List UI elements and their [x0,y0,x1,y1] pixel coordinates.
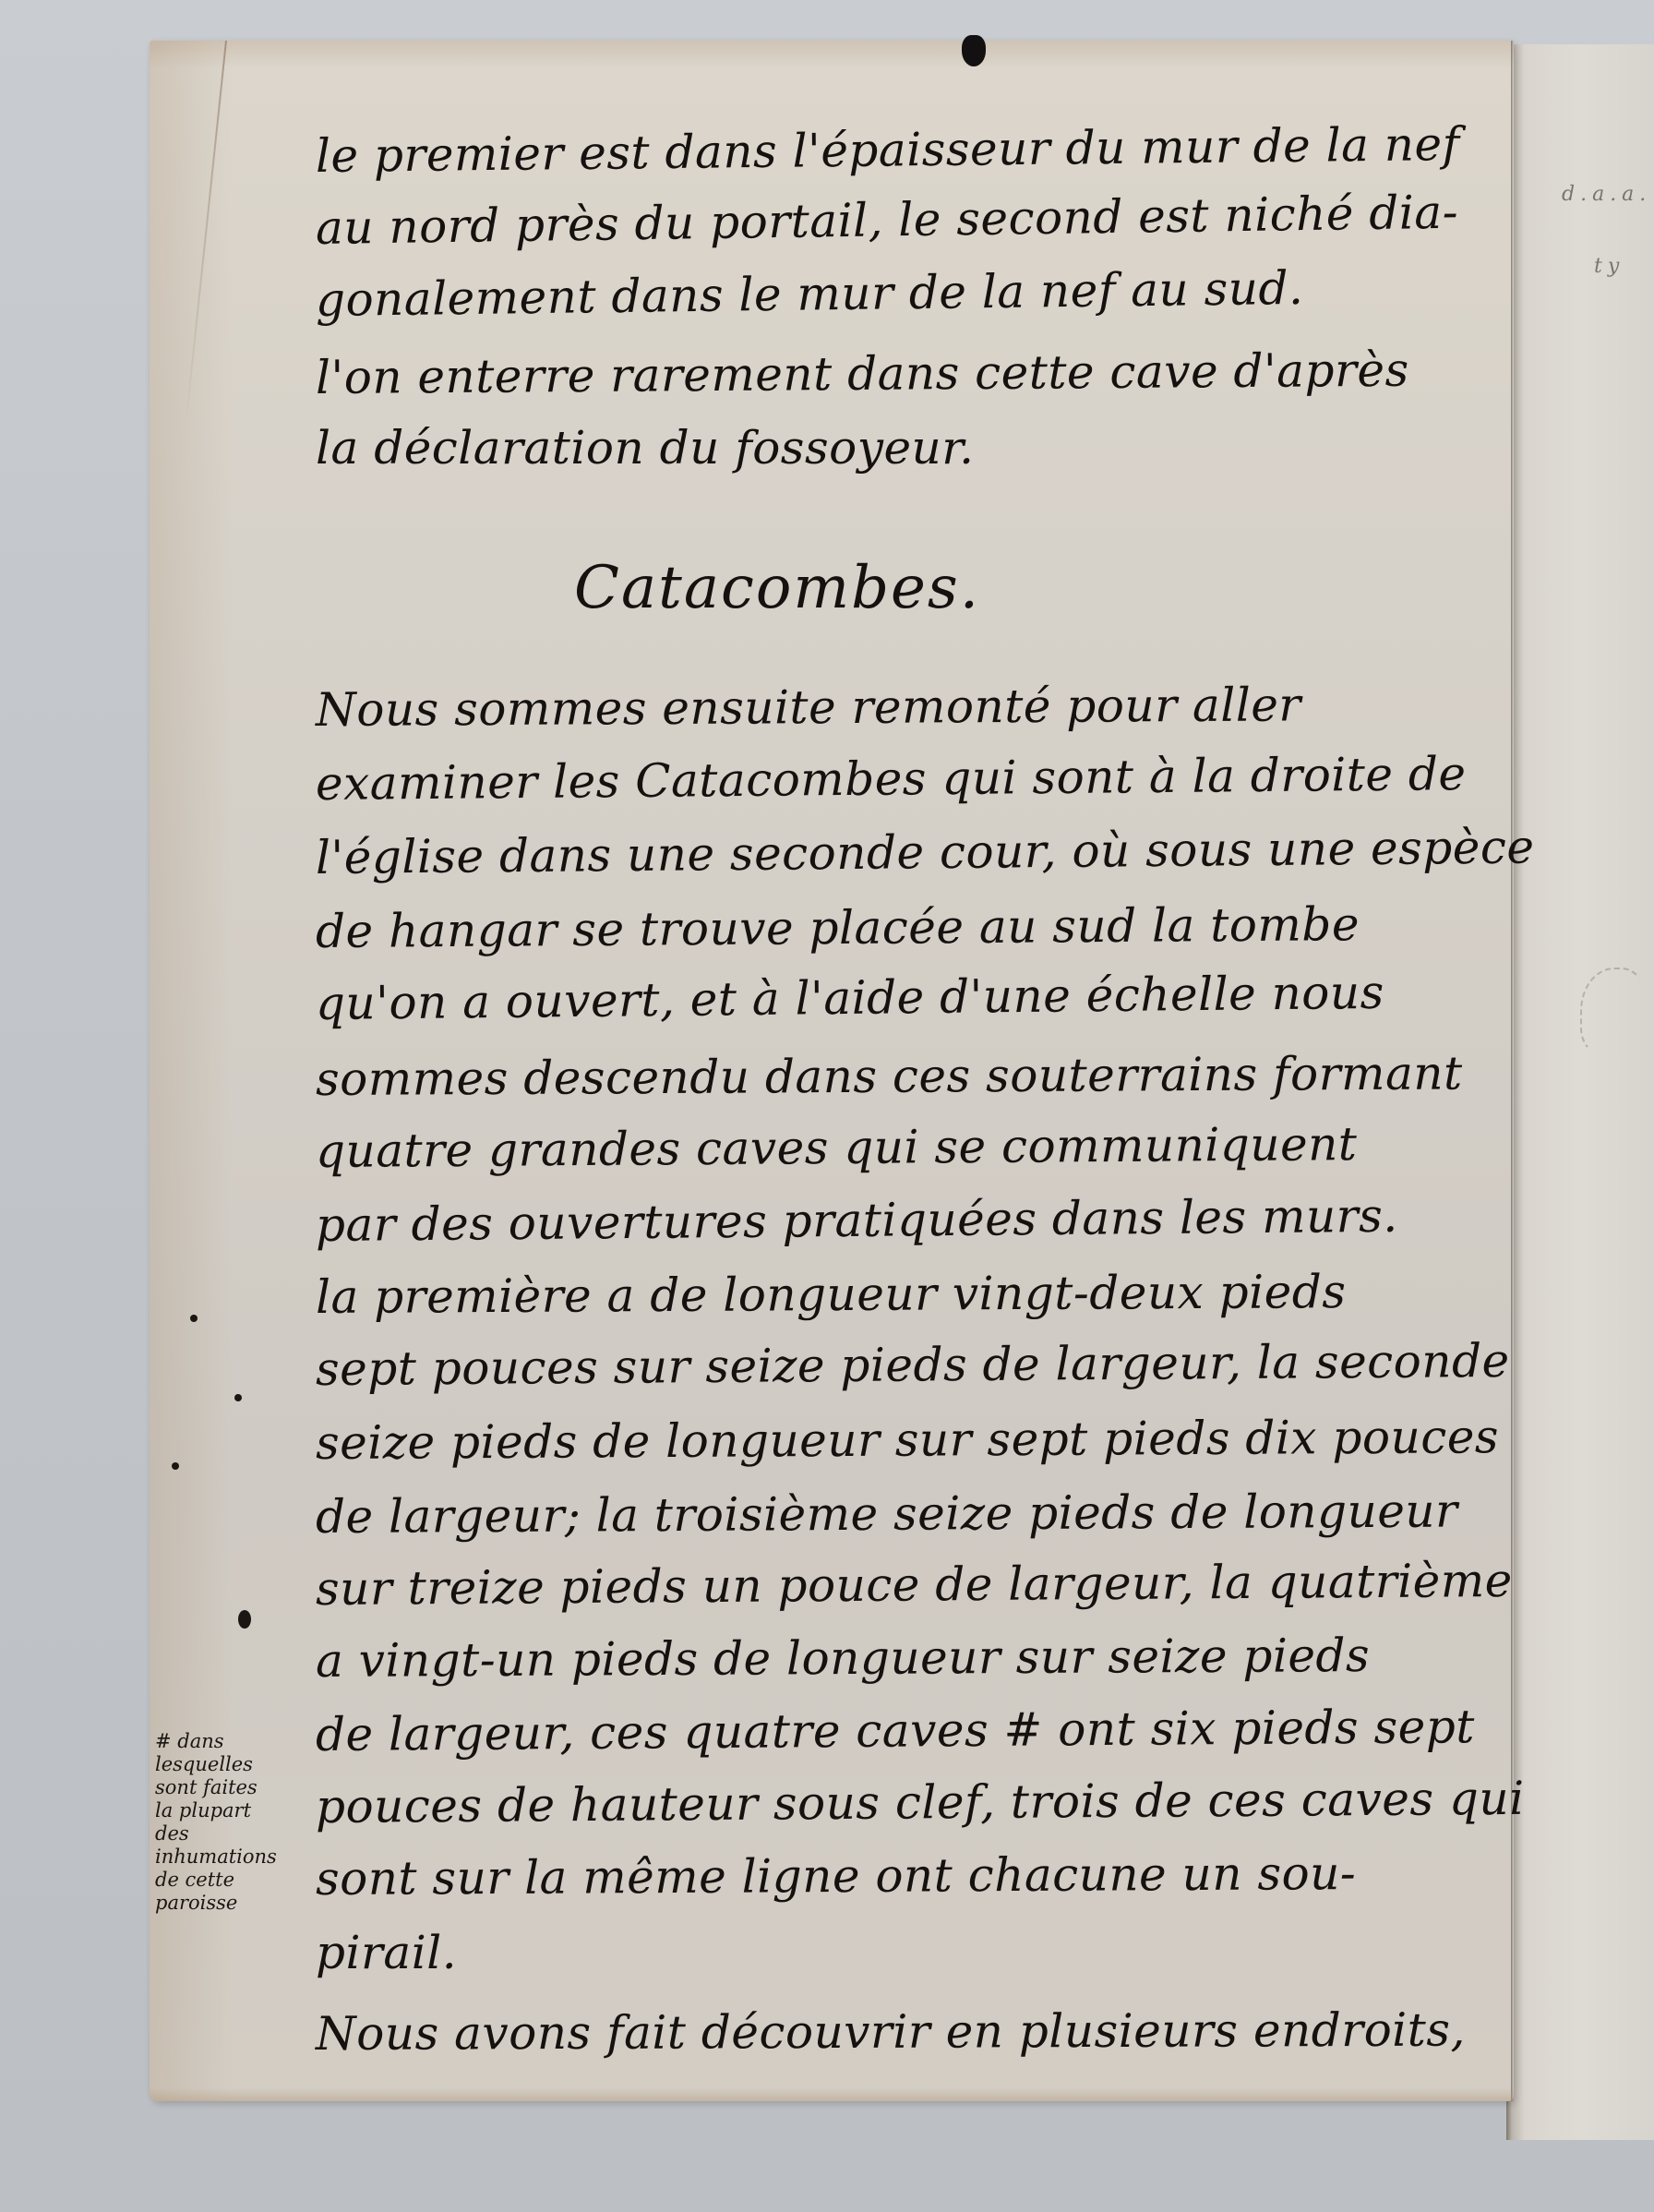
text-line: de hangar se trouve placée au sud la tom… [316,901,1360,955]
text-line: par des ouvertures pratiquées dans les m… [316,1193,1398,1248]
text-line: le premier est dans l'épaisseur du mur d… [316,121,1460,179]
ink-blot [962,35,986,66]
text-line: gonalement dans le mur de la nef au sud. [316,265,1304,323]
margin-note-line: la plupart [155,1799,340,1822]
margin-note-line: paroisse [155,1892,340,1915]
text-line: l'on enterre rarement dans cette cave d'… [316,347,1409,401]
text-line: la déclaration du fossoyeur. [316,425,975,471]
text-line: quatre grandes caves qui se communiquent [316,1121,1358,1174]
text-line: pouces de hauteur sous clef, trois de ce… [316,1775,1525,1830]
margin-mark [238,1610,251,1629]
text-line: sommes descendu dans ces souterrains for… [316,1050,1463,1102]
ink-stain [1580,968,1648,1054]
text-line: sept pouces sur seize pieds de largeur, … [316,1338,1510,1392]
section-heading: Catacombes. [574,554,980,622]
text-line: l'église dans une seconde cour, où sous … [316,823,1535,881]
manuscript-page: le premier est dans l'épaisseur du mur d… [150,41,1514,2101]
text-line: examiner les Catacombes qui sont à la dr… [316,751,1467,807]
text-line: a vingt-un pieds de longueur sur seize p… [316,1632,1370,1684]
margin-mark [190,1315,198,1322]
margin-note-line: sont faites [155,1776,340,1799]
adjacent-page-faint-text: d.a.a. [1562,183,1651,206]
text-line: Nous sommes ensuite remonté pour aller [316,681,1301,733]
text-line: seize pieds de longueur sur sept pieds d… [316,1413,1499,1466]
text-line: sur treize pieds un pouce de largeur, la… [316,1557,1513,1612]
margin-note-line: des [155,1822,340,1845]
paper-crease [185,41,227,428]
text-line: au nord près du portail, le second est n… [316,189,1459,251]
adjacent-page-faint-text: ty [1594,255,1624,278]
text-line: de largeur; la troisième seize pieds de … [316,1488,1458,1540]
adjacent-page: d.a.a. ty [1506,44,1654,2140]
margin-note: # dans lesquelles sont faites la plupart… [155,1730,340,1915]
text-line: de largeur, ces quatre caves # ont six p… [316,1703,1475,1758]
photo-scene: d.a.a. ty le premier est dans l'épaisseu… [0,0,1654,2212]
margin-note-line: # dans [155,1730,340,1753]
margin-mark [234,1394,242,1401]
page-bottom-edge [150,2088,1514,2101]
text-line: qu'on a ouvert, et à l'aide d'une échell… [316,969,1384,1027]
text-line: pirail. [316,1929,457,1976]
text-line: sont sur la même ligne ont chacune un so… [316,1850,1356,1902]
margin-note-line: de cette [155,1869,340,1892]
margin-note-line: inhumations [155,1845,340,1869]
margin-note-line: lesquelles [155,1753,340,1776]
text-line: Nous avons fait découvrir en plusieurs e… [316,2007,1466,2057]
margin-mark [172,1462,179,1470]
text-line: la première a de longueur vingt-deux pie… [316,1268,1347,1320]
